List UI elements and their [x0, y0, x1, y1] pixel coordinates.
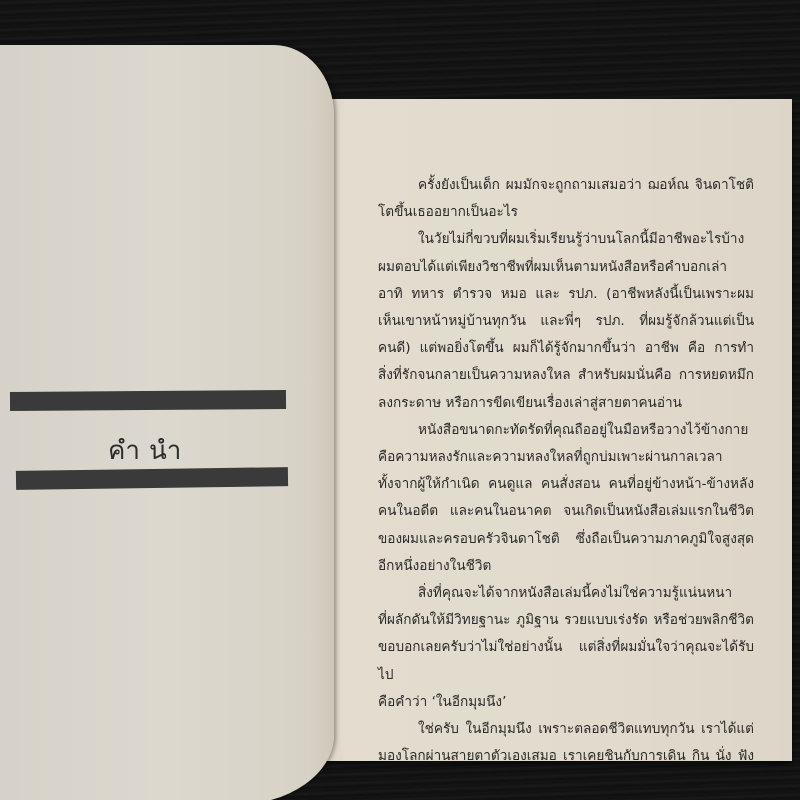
text-line: ครั้งยังเป็นเด็ก ผมมักจะถูกถามเสมอว่า ฌอ…	[378, 172, 754, 199]
text-line: ใช่ครับ ในอีกมุมนึง เพราะตลอดชีวิตแทบทุก…	[378, 716, 754, 743]
left-page	[0, 45, 334, 800]
chapter-title: คำนำ	[108, 430, 190, 471]
text-line: ลงกระดาษ หรือการขีดเขียนเรื่องเล่าสู่สาย…	[378, 390, 754, 417]
text-line: ของผมและครอบครัวจินดาโชติ ซึ่งถือเป็นควา…	[378, 526, 754, 553]
title-bottom-rule	[16, 467, 288, 490]
text-line: หนังสือขนาดกะทัดรัดที่คุณถืออยู่ในมือหรื…	[378, 417, 754, 444]
text-line: มองโลกผ่านสายตาตัวเองเสมอ เราเคยชินกับกา…	[378, 743, 754, 770]
text-line: สิ่งที่รักจนกลายเป็นความหลงใหล สำหรับผมน…	[378, 362, 754, 389]
text-line: คนดี) แต่พอยิ่งโตขึ้น ผมก็ได้รู้จักมากขึ…	[378, 335, 754, 362]
text-line: ผมตอบได้แต่เพียงวิชาชีพที่ผมเห็นตามหนังส…	[378, 254, 754, 281]
text-line: เห็นเขาหน้าหมู่บ้านทุกวัน และพี่ๆ รปภ. ท…	[378, 308, 754, 335]
text-line: อีกหนึ่งอย่างในชีวิต	[378, 553, 754, 580]
text-line: คนในอดีต และคนในอนาคต จนเกิดเป็นหนังสือเ…	[378, 498, 754, 525]
text-line: ในวัยไม่กี่ขวบที่ผมเริ่มเรียนรู้ว่าบนโลก…	[378, 226, 754, 253]
text-line: ทั้งจากผู้ให้กำเนิด คนดูแล คนสั่งสอน คนท…	[378, 471, 754, 498]
text-line: อาทิ ทหาร ตำรวจ หมอ และ รปภ. (อาชีพหลังน…	[378, 281, 754, 308]
title-top-rule	[10, 390, 286, 411]
text-line: คือคำว่า ‘ในอีกมุมนึง’	[378, 689, 754, 716]
preface-body-text: ครั้งยังเป็นเด็ก ผมมักจะถูกถามเสมอว่า ฌอ…	[378, 172, 754, 770]
text-line: ที่ผลักดันให้มีวิทยฐานะ ภูมิฐาน รวยแบบเร…	[378, 607, 754, 634]
text-line: ขอบอกเลยครับว่าไม่ใช่อย่างนั้น แต่สิ่งที…	[378, 634, 754, 688]
text-line: โตขึ้นเธออยากเป็นอะไร	[378, 199, 754, 226]
text-line: คือความหลงรักและความหลงใหลที่ถูกบ่มเพาะผ…	[378, 444, 754, 471]
text-line: สิ่งที่คุณจะได้จากหนังสือเล่มนี้คงไม่ใช่…	[378, 580, 754, 607]
